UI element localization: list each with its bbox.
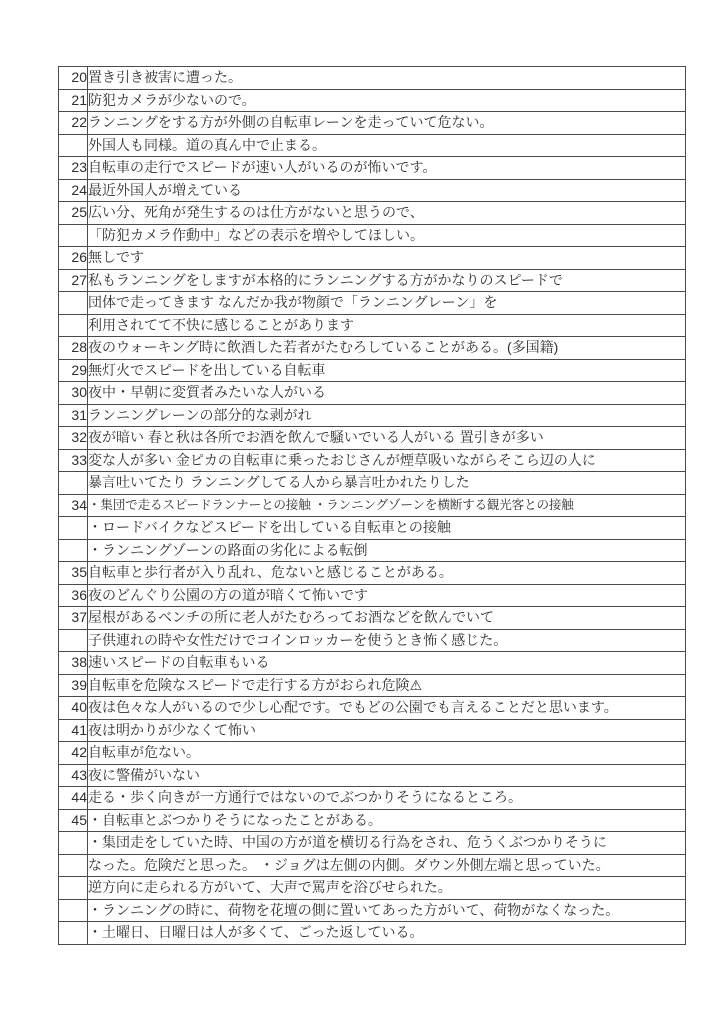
row-number-cell [59,922,88,945]
row-text-cell: 夜は色々な人がいるので少し心配です。でもどの公園でも言えることだと思います。 [88,697,686,720]
table-row: 37屋根があるベンチの所に老人がたむろってお酒などを飲んでいて [59,607,686,630]
table-row: 暴言吐いてたり ランニングしてる人から暴言吐かれたりした [59,472,686,495]
table-row: ・ロードバイクなどスピードを出している自転車との接触 [59,517,686,540]
table-row: 25広い分、死角が発生するのは仕方がないと思うので、 [59,202,686,225]
row-number-cell: 30 [59,382,88,405]
table-row: 団体で走ってきます なんだか我が物顔で「ランニングレーン」を [59,292,686,315]
row-number-cell: 31 [59,404,88,427]
table-row: 22ランニングをする方が外側の自転車レーンを走っていて危ない。 [59,112,686,135]
table-row: 23自転車の走行でスピードが速い人がいるのが怖いです。 [59,157,686,180]
row-number-cell: 41 [59,719,88,742]
row-text-cell: 変な人が多い 金ピカの自転車に乗ったおじさんが煙草吸いながらそこら辺の人に [88,449,686,472]
row-text-cell: 広い分、死角が発生するのは仕方がないと思うので、 [88,202,686,225]
row-number-cell: 37 [59,607,88,630]
row-number-cell [59,899,88,922]
table-row: 26無しです [59,247,686,270]
row-number-cell [59,854,88,877]
row-number-cell: 38 [59,652,88,675]
row-number-cell: 40 [59,697,88,720]
row-number-cell: 20 [59,67,88,90]
row-number-cell [59,629,88,652]
row-number-cell [59,292,88,315]
table-row: 20置き引き被害に遭った。 [59,67,686,90]
row-text-cell: 夜のウォーキング時に飲酒した若者がたむろしていることがある。(多国籍) [88,337,686,360]
row-text-cell: 屋根があるベンチの所に老人がたむろってお酒などを飲んでいて [88,607,686,630]
table-row: 42自転車が危ない。 [59,742,686,765]
table-row: 44走る・歩く向きが一方通行ではないのでぶつかりそうになるところ。 [59,787,686,810]
row-text-cell: 最近外国人が増えている [88,179,686,202]
row-text-cell: 私もランニングをしますが本格的にランニングする方がかなりのスピードで [88,269,686,292]
row-number-cell [59,517,88,540]
table-row: 28夜のウォーキング時に飲酒した若者がたむろしていることがある。(多国籍) [59,337,686,360]
row-text-cell: 夜は明かりが少なくて怖い [88,719,686,742]
row-number-cell: 22 [59,112,88,135]
row-number-cell [59,134,88,157]
table-row: 45・自転車とぶつかりそうになったことがある。 [59,809,686,832]
row-text-cell: 暴言吐いてたり ランニングしてる人から暴言吐かれたりした [88,472,686,495]
row-number-cell [59,539,88,562]
row-text-cell: なった。危険だと思った。 ・ジョグは左側の内側。ダウン外側左端と思っていた。 [88,854,686,877]
row-number-cell: 28 [59,337,88,360]
table-row: 子供連れの時や女性だけでコインロッカーを使うとき怖く感じた。 [59,629,686,652]
table-row: 31ランニングレーンの部分的な剥がれ [59,404,686,427]
table-row: 「防犯カメラ作動中」などの表示を増やしてほしい。 [59,224,686,247]
table-row: 24最近外国人が増えている [59,179,686,202]
row-text-cell: ・土曜日、日曜日は人が多くて、ごった返している。 [88,922,686,945]
row-number-cell [59,877,88,900]
table-row: ・土曜日、日曜日は人が多くて、ごった返している。 [59,922,686,945]
row-text-cell: 自転車と歩行者が入り乱れ、危ないと感じることがある。 [88,562,686,585]
row-text-cell: ・ランニングゾーンの路面の劣化による転倒 [88,539,686,562]
row-text-cell: 逆方向に走られる方がいて、大声で罵声を浴びせられた。 [88,877,686,900]
table-row: 34・集団で走るスピードランナーとの接触 ・ランニングゾーンを横断する観光客との… [59,494,686,517]
table-row: 36夜のどんぐり公園の方の道が暗くて怖いです [59,584,686,607]
table-row: 39自転車を危険なスピードで走行する方がおられ危険⚠ [59,674,686,697]
table-row: 21防犯カメラが少ないので。 [59,89,686,112]
row-number-cell: 42 [59,742,88,765]
comments-table: 20置き引き被害に遭った。21防犯カメラが少ないので。22ランニングをする方が外… [58,66,686,945]
table-row: なった。危険だと思った。 ・ジョグは左側の内側。ダウン外側左端と思っていた。 [59,854,686,877]
row-number-cell [59,224,88,247]
table-row: 27私もランニングをしますが本格的にランニングする方がかなりのスピードで [59,269,686,292]
table-row: 利用されてて不快に感じることがあります [59,314,686,337]
row-number-cell: 44 [59,787,88,810]
row-number-cell: 29 [59,359,88,382]
row-number-cell: 35 [59,562,88,585]
row-text-cell: 自転車の走行でスピードが速い人がいるのが怖いです。 [88,157,686,180]
table-row: 35自転車と歩行者が入り乱れ、危ないと感じることがある。 [59,562,686,585]
table-row: ・ランニングの時に、荷物を花壇の側に置いてあった方がいて、荷物がなくなった。 [59,899,686,922]
row-text-cell: 外国人も同様。道の真ん中で止まる。 [88,134,686,157]
row-text-cell: 団体で走ってきます なんだか我が物顔で「ランニングレーン」を [88,292,686,315]
table-row: 30夜中・早朝に変質者みたいな人がいる [59,382,686,405]
row-text-cell: ・集団で走るスピードランナーとの接触 ・ランニングゾーンを横断する観光客との接触 [88,494,686,517]
table-row: 33変な人が多い 金ピカの自転車に乗ったおじさんが煙草吸いながらそこら辺の人に [59,449,686,472]
row-number-cell: 33 [59,449,88,472]
row-number-cell: 25 [59,202,88,225]
row-number-cell: 43 [59,764,88,787]
table-row: 43夜に警備がいない [59,764,686,787]
table-row: 41夜は明かりが少なくて怖い [59,719,686,742]
row-text-cell: ・ランニングの時に、荷物を花壇の側に置いてあった方がいて、荷物がなくなった。 [88,899,686,922]
row-text-cell: 走る・歩く向きが一方通行ではないのでぶつかりそうになるところ。 [88,787,686,810]
row-text-cell: 夜に警備がいない [88,764,686,787]
row-number-cell [59,832,88,855]
row-number-cell: 26 [59,247,88,270]
comments-table-body: 20置き引き被害に遭った。21防犯カメラが少ないので。22ランニングをする方が外… [59,67,686,945]
row-text-cell: 自転車を危険なスピードで走行する方がおられ危険⚠ [88,674,686,697]
row-number-cell [59,472,88,495]
row-number-cell: 32 [59,427,88,450]
row-text-cell: 速いスピードの自転車もいる [88,652,686,675]
row-number-cell: 23 [59,157,88,180]
row-number-cell: 36 [59,584,88,607]
row-number-cell: 45 [59,809,88,832]
table-row: 32夜が暗い 春と秋は各所でお酒を飲んで騒いでいる人がいる 置引きが多い [59,427,686,450]
row-text-cell: 無しです [88,247,686,270]
row-text-cell: 子供連れの時や女性だけでコインロッカーを使うとき怖く感じた。 [88,629,686,652]
row-text-cell: 夜が暗い 春と秋は各所でお酒を飲んで騒いでいる人がいる 置引きが多い [88,427,686,450]
row-number-cell: 24 [59,179,88,202]
row-text-cell: ランニングをする方が外側の自転車レーンを走っていて危ない。 [88,112,686,135]
row-text-cell: 無灯火でスピードを出している自転車 [88,359,686,382]
table-row: 逆方向に走られる方がいて、大声で罵声を浴びせられた。 [59,877,686,900]
row-text-cell: 「防犯カメラ作動中」などの表示を増やしてほしい。 [88,224,686,247]
table-row: ・ランニングゾーンの路面の劣化による転倒 [59,539,686,562]
row-text-cell: 利用されてて不快に感じることがあります [88,314,686,337]
row-number-cell: 34 [59,494,88,517]
row-text-cell: ・自転車とぶつかりそうになったことがある。 [88,809,686,832]
table-row: 38速いスピードの自転車もいる [59,652,686,675]
document-page: 20置き引き被害に遭った。21防犯カメラが少ないので。22ランニングをする方が外… [0,0,724,1024]
table-row: 29無灯火でスピードを出している自転車 [59,359,686,382]
table-row: ・集団走をしていた時、中国の方が道を横切る行為をされ、危うくぶつかりそうに [59,832,686,855]
row-number-cell [59,314,88,337]
row-text-cell: ・集団走をしていた時、中国の方が道を横切る行為をされ、危うくぶつかりそうに [88,832,686,855]
row-text-cell: ・ロードバイクなどスピードを出している自転車との接触 [88,517,686,540]
table-row: 外国人も同様。道の真ん中で止まる。 [59,134,686,157]
row-text-cell: 防犯カメラが少ないので。 [88,89,686,112]
row-text-cell: 自転車が危ない。 [88,742,686,765]
row-text-cell: 夜のどんぐり公園の方の道が暗くて怖いです [88,584,686,607]
table-row: 40夜は色々な人がいるので少し心配です。でもどの公園でも言えることだと思います。 [59,697,686,720]
row-text-cell: 置き引き被害に遭った。 [88,67,686,90]
row-number-cell: 27 [59,269,88,292]
row-text-cell: 夜中・早朝に変質者みたいな人がいる [88,382,686,405]
row-number-cell: 21 [59,89,88,112]
row-text-cell: ランニングレーンの部分的な剥がれ [88,404,686,427]
row-number-cell: 39 [59,674,88,697]
